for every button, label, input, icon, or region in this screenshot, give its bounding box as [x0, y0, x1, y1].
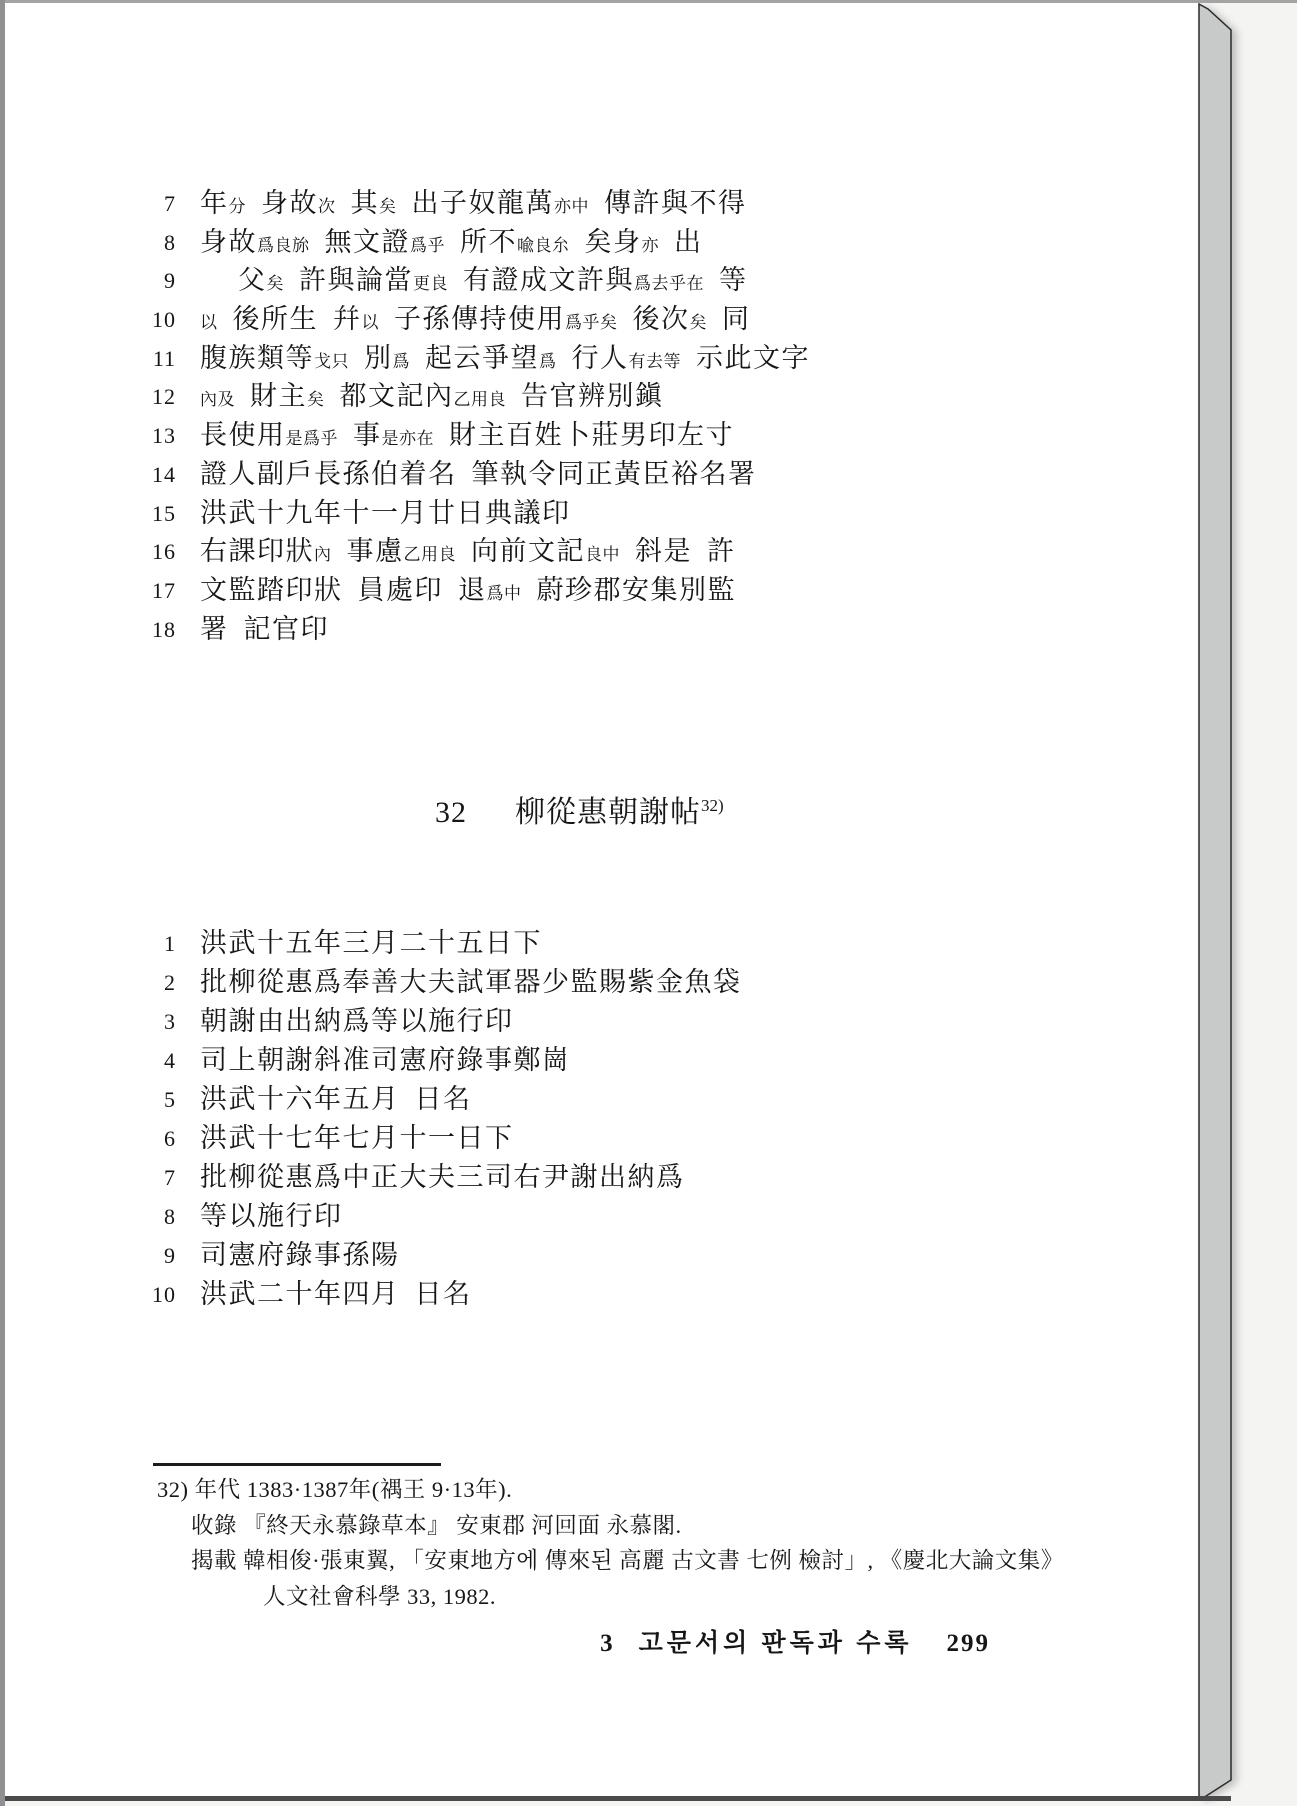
line-text: 洪武十五年三月二十五日下 — [200, 927, 557, 960]
text-line: 7批柳從惠爲中正大夫三司右尹謝出納爲 — [5, 1161, 1105, 1200]
book-page: 7年分身故次其矣出子奴龍萬亦中傳許與不得8身故爲良旀無文證爲乎所不喩良厼矣身亦出… — [5, 3, 1199, 1796]
document-31-transcription-lines: 7年分身故次其矣出子奴龍萬亦中傳許與不得8身故爲良旀無文證爲乎所不喩良厼矣身亦出… — [5, 187, 1105, 651]
page-footer: 3고문서의 판독과 수록299 — [5, 1623, 990, 1659]
line-number: 17 — [5, 574, 176, 608]
scan-frame-top — [0, 0, 1297, 3]
footnote-reference: 32) — [701, 796, 724, 815]
footnote-line: 32) 年代 1383·1387年(禑王 9·13年). — [157, 1472, 1137, 1508]
line-text: 右課印狀內事慮乙用良向前文記良中斜是許 — [200, 535, 751, 571]
footnote-line: 人文社會科學 33, 1982. — [157, 1579, 1137, 1615]
text-line: 12內及財主矣都文記內乙用良告官辨別鎭 — [5, 380, 1105, 419]
line-number: 2 — [5, 966, 176, 1000]
line-number: 8 — [5, 226, 176, 260]
text-line: 4司上朝謝斜准司憲府錄事鄭崗 — [5, 1044, 1105, 1083]
line-number: 18 — [5, 613, 176, 647]
footnote-divider — [153, 1463, 441, 1466]
text-line: 3朝謝由出納爲等以施行印 — [5, 1005, 1105, 1044]
line-number: 9 — [5, 264, 176, 298]
line-number: 10 — [5, 303, 176, 337]
page-stack-edge — [1190, 0, 1297, 1806]
line-text: 父矣許與論當更良有證成文許與爲去乎在等 — [200, 264, 763, 300]
footer-title: 고문서의 판독과 수록 — [639, 1630, 913, 1657]
line-number: 6 — [5, 1122, 176, 1156]
text-line: 16右課印狀內事慮乙用良向前文記良中斜是許 — [5, 535, 1105, 574]
scan-frame-left — [0, 0, 5, 1806]
text-line: 6洪武十七年七月十一日下 — [5, 1122, 1105, 1161]
line-text: 年分身故次其矣出子奴龍萬亦中傳許與不得 — [200, 187, 762, 223]
text-line: 1洪武十五年三月二十五日下 — [5, 927, 1105, 966]
line-number: 4 — [5, 1044, 176, 1078]
footnote-block: 32) 年代 1383·1387年(禑王 9·13年).收錄 『終天永慕錄草本』… — [157, 1472, 1137, 1614]
text-line: 13長使用是爲乎事是亦在財主百姓卜莊男印左寸 — [5, 419, 1105, 458]
line-text: 洪武二十年四月日名 — [200, 1278, 487, 1311]
section-title: 32柳從惠朝謝帖32) — [435, 787, 724, 831]
text-line: 7年分身故次其矣出子奴龍萬亦中傳許與不得 — [5, 187, 1105, 226]
text-line: 18署記官印 — [5, 613, 1105, 652]
text-line: 17文監踏印狀員處印退爲中蔚珍郡安集別監 — [5, 574, 1105, 613]
text-line: 11腹族類等戈只別爲起云爭望爲行人有去等示此文字 — [5, 342, 1105, 381]
line-number: 1 — [5, 927, 176, 961]
text-line: 9父矣許與論當更良有證成文許與爲去乎在等 — [5, 264, 1105, 303]
line-number: 8 — [5, 1200, 176, 1234]
line-text: 朝謝由出納爲等以施行印 — [200, 1005, 529, 1038]
text-line: 10洪武二十年四月日名 — [5, 1278, 1105, 1317]
text-line: 14證人副戶長孫伯着名筆執令同正黃臣裕名署 — [5, 458, 1105, 497]
line-number: 11 — [5, 342, 176, 376]
line-text: 批柳從惠爲奉善大夫試軍器少監賜紫金魚袋 — [200, 966, 757, 999]
line-text: 以後所生幷以子孫傳持使用爲乎矣後次矣同 — [200, 303, 766, 339]
line-number: 14 — [5, 458, 176, 492]
line-text: 證人副戶長孫伯着名筆執令同正黃臣裕名署 — [200, 458, 772, 491]
text-line: 2批柳從惠爲奉善大夫試軍器少監賜紫金魚袋 — [5, 966, 1105, 1005]
section-title-text: 柳從惠朝謝帖 — [515, 796, 701, 829]
text-line: 15洪武十九年十一月廿日典議印 — [5, 497, 1105, 536]
line-text: 長使用是爲乎事是亦在財主百姓卜莊男印左寸 — [200, 419, 749, 455]
line-text: 司上朝謝斜准司憲府錄事鄭崗 — [200, 1044, 586, 1077]
line-text: 洪武十六年五月日名 — [200, 1083, 487, 1116]
line-number: 3 — [5, 1005, 176, 1039]
section-number: 32 — [435, 796, 467, 829]
line-text: 文監踏印狀員處印退爲中蔚珍郡安集別監 — [200, 574, 751, 610]
book-scan: 7年分身故次其矣出子奴龍萬亦中傳許與不得8身故爲良旀無文證爲乎所不喩良厼矣身亦出… — [0, 0, 1297, 1806]
page-bottom-edge — [5, 1796, 1231, 1801]
line-number: 10 — [5, 1278, 176, 1312]
text-line: 9司憲府錄事孫陽 — [5, 1239, 1105, 1278]
footnote-line: 收錄 『終天永慕錄草本』 安東郡 河回面 永慕閣. — [157, 1508, 1137, 1544]
chapter-number: 3 — [600, 1630, 613, 1657]
line-number: 5 — [5, 1083, 176, 1117]
line-text: 內及財主矣都文記內乙用良告官辨別鎭 — [200, 380, 679, 416]
line-text: 洪武十九年十一月廿日典議印 — [200, 497, 586, 530]
line-text: 等以施行印 — [200, 1200, 358, 1233]
line-number: 12 — [5, 380, 176, 414]
footnote-line: 揭載 韓相俊·張東翼, 「安東地方에 傳來된 高麗 古文書 七例 檢討」, 《慶… — [157, 1543, 1137, 1579]
line-number: 7 — [5, 187, 176, 221]
document-32-transcription-lines: 1洪武十五年三月二十五日下2批柳從惠爲奉善大夫試軍器少監賜紫金魚袋3朝謝由出納爲… — [5, 927, 1105, 1317]
page-number: 299 — [947, 1630, 991, 1657]
line-text: 署記官印 — [200, 613, 344, 646]
text-line: 8身故爲良旀無文證爲乎所不喩良厼矣身亦出 — [5, 226, 1105, 265]
text-line: 8等以施行印 — [5, 1200, 1105, 1239]
line-text: 司憲府錄事孫陽 — [200, 1239, 415, 1272]
line-number: 9 — [5, 1239, 176, 1273]
line-text: 腹族類等戈只別爲起云爭望爲行人有去等示此文字 — [200, 342, 825, 378]
text-line: 5洪武十六年五月日名 — [5, 1083, 1105, 1122]
text-line: 10以後所生幷以子孫傳持使用爲乎矣後次矣同 — [5, 303, 1105, 342]
line-text: 批柳從惠爲中正大夫三司右尹謝出納爲 — [200, 1161, 700, 1194]
line-text: 身故爲良旀無文證爲乎所不喩良厼矣身亦出 — [200, 226, 718, 262]
line-number: 7 — [5, 1161, 176, 1195]
line-text: 洪武十七年七月十一日下 — [200, 1122, 529, 1155]
line-number: 13 — [5, 419, 176, 453]
line-number: 15 — [5, 497, 176, 531]
line-number: 16 — [5, 535, 176, 569]
